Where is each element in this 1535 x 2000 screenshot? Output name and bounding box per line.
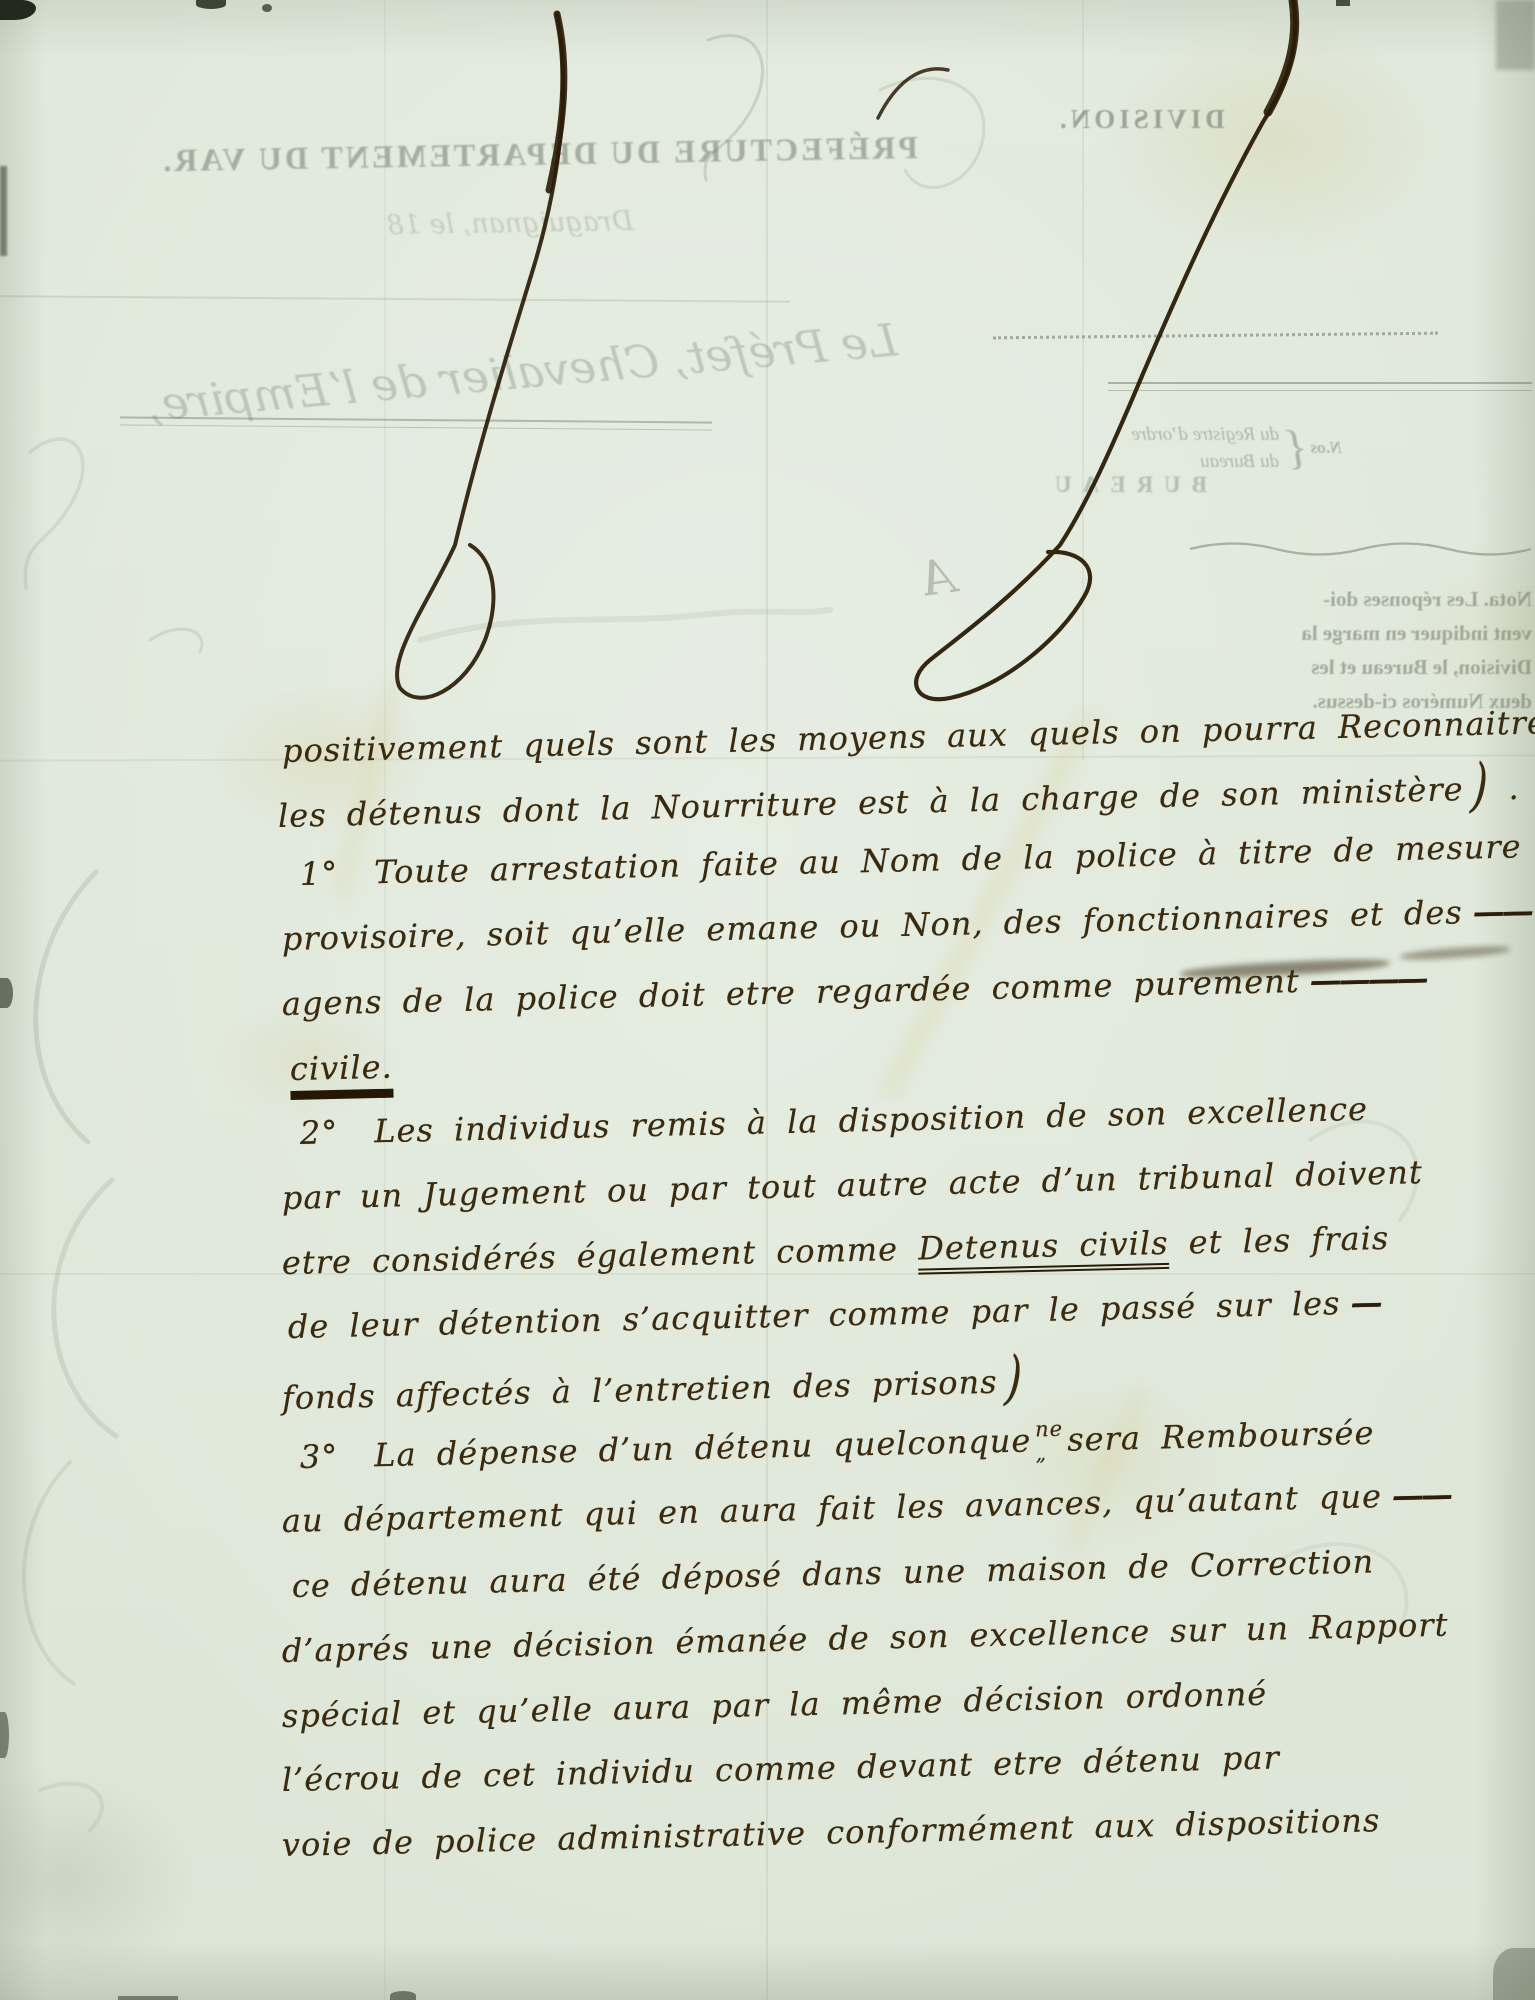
- scan-artifact: [0, 166, 7, 256]
- manuscript-segment-num: 1°: [299, 855, 338, 894]
- registre-line1: du Registre d’ordre: [1131, 424, 1279, 445]
- manuscript-segment: Les individus remis à la disposition de …: [374, 1090, 1369, 1151]
- manuscript-line: agens de la police doit etre regardée co…: [281, 959, 1426, 1031]
- manuscript-segment: au département qui en aura fait les avan…: [281, 1477, 1382, 1540]
- manuscript-segment-ins: ne: [1035, 1416, 1063, 1441]
- scan-artifact: [196, 0, 226, 9]
- paper-crease: [0, 295, 790, 303]
- scan-artifact: [0, 0, 36, 20]
- scan-artifact: [0, 1712, 9, 1758]
- manuscript-segment: fonds affectés à l’entretien des prisons: [282, 1363, 998, 1417]
- manuscript-segment: .: [1488, 769, 1520, 808]
- manuscript-segment-swash: ————: [1309, 959, 1426, 1000]
- manuscript-page: PRÉFECTURE DU DÉPARTEMENT DU VAR. DIVISI…: [0, 0, 1535, 2000]
- manuscript-line: 3°La dépense d’un détenu quelconqueneser…: [299, 1413, 1375, 1483]
- manuscript-line: d’aprés une décision émanée de son excel…: [281, 1605, 1449, 1677]
- manuscript-segment: l’écrou de cet individu comme devant etr…: [281, 1739, 1280, 1800]
- prefect-title-ghost-text: Le Préfet, Chevalier de l’Empire,: [99, 309, 945, 435]
- manuscript-segment-close: ): [1003, 1344, 1024, 1416]
- scan-artifact: [1493, 1948, 1535, 2000]
- manuscript-line: l’écrou de cet individu comme devant etr…: [281, 1739, 1280, 1808]
- manuscript-segment: etre considérés également comme: [281, 1229, 918, 1281]
- nota-line: vent indiquer en marge la: [1182, 616, 1532, 650]
- manuscript-line: au département qui en aura fait les avan…: [281, 1476, 1450, 1548]
- prefecture-ghost-text: PRÉFECTURE DU DÉPARTEMENT DU VAR.: [118, 129, 919, 180]
- manuscript-segment-swash: ——: [1391, 1476, 1450, 1515]
- manuscript-segment: voie de police administrative conforméme…: [281, 1801, 1380, 1864]
- manuscript-segment: sera Remboursée: [1067, 1413, 1375, 1458]
- manuscript-line: par un Jugement ou par tout autre acte d…: [281, 1153, 1423, 1225]
- manuscript-segment: de leur détention s’acquitter comme par …: [287, 1284, 1340, 1346]
- manuscript-segment-swash: ——: [1472, 892, 1531, 931]
- manuscript-line: de leur détention s’acquitter comme par …: [287, 1284, 1380, 1355]
- manuscript-segment: et les frais: [1168, 1218, 1390, 1261]
- manuscript-segment: provisoire, soit qu’elle emane ou Non, d…: [281, 893, 1463, 958]
- manuscript-line: etre considérés également comme Detenus …: [281, 1218, 1389, 1289]
- registre-ghost-block: N.os { du Registre d’ordre du Bureau: [1032, 420, 1342, 475]
- manuscript-line: positivement quels sont les moyens aux q…: [281, 697, 1535, 772]
- registre-lines: du Registre d’ordre du Bureau: [1131, 421, 1279, 475]
- dotted-rule-ghost: [993, 332, 1438, 340]
- manuscript-segment: ce détenu aura été déposé dans une maiso…: [291, 1543, 1374, 1606]
- scan-artifact: [390, 1991, 416, 2000]
- nota-line: Nota. Les réponses doi-: [1182, 582, 1532, 616]
- nota-line: Division, le Bureau et les: [1182, 650, 1532, 684]
- scan-artifact: [1336, 0, 1350, 6]
- manuscript-segment-uh: civile.: [289, 1047, 393, 1099]
- small-tick-stroke: [878, 69, 948, 118]
- manuscript-segment-num: 3°: [299, 1437, 338, 1476]
- manuscript-segment: spécial et qu’elle aura par la même déci…: [281, 1674, 1267, 1734]
- manuscript-segment-u: Detenus civils: [918, 1223, 1169, 1274]
- manuscript-segment-swash: —: [1350, 1284, 1380, 1323]
- double-rule-ghost: [1108, 382, 1532, 391]
- registre-nos-label: N.os: [1310, 438, 1342, 458]
- manuscript-segment: La dépense d’un détenu quelconque: [374, 1421, 1032, 1474]
- scan-artifact: [118, 1996, 178, 2000]
- manuscript-line: fonds affectés à l’entretien des prisons…: [281, 1356, 1022, 1419]
- manuscript-segment: d’aprés une décision émanée de son excel…: [281, 1605, 1448, 1669]
- date-line-ghost-text: Draguignan, le 18: [250, 203, 770, 243]
- registre-brace: {: [1285, 420, 1304, 475]
- manuscript-segment-num: 2°: [299, 1113, 338, 1152]
- bureau-ghost-text: BUREAU: [1044, 472, 1207, 498]
- address-initial-ghost: A: [916, 548, 958, 608]
- manuscript-line: 2°Les individus remis à la disposition d…: [299, 1090, 1368, 1160]
- scan-artifact: [1496, 0, 1535, 70]
- manuscript-segment: positivement quels sont les moyens aux q…: [282, 703, 1535, 770]
- registre-line2: du Bureau: [1200, 451, 1279, 472]
- manuscript-line: ce détenu aura été déposé dans une maiso…: [291, 1543, 1374, 1614]
- scan-artifact: [0, 978, 13, 1008]
- scan-artifact: [262, 4, 272, 12]
- manuscript-segment: Toute arrestation faite au Nom de la pol…: [374, 828, 1522, 892]
- division-ghost-text: DIVISION.: [1056, 104, 1225, 135]
- manuscript-line: voie de police administrative conforméme…: [281, 1801, 1380, 1872]
- manuscript-segment: par un Jugement ou par tout autre acte d…: [281, 1153, 1423, 1217]
- manuscript-segment-close: ): [1469, 751, 1490, 823]
- manuscript-segment: les détenus dont la Nourriture est à la …: [278, 770, 1464, 835]
- manuscript-line: les détenus dont la Nourriture est à la …: [277, 763, 1519, 837]
- manuscript-line: 1°Toute arrestation faite au Nom de la p…: [299, 828, 1522, 902]
- manuscript-line: provisoire, soit qu’elle emane ou Non, d…: [281, 892, 1531, 966]
- manuscript-segment: agens de la police doit etre regardée co…: [281, 962, 1300, 1023]
- manuscript-line: civile.: [289, 1047, 393, 1095]
- nota-block: Nota. Les réponses doi-vent indiquer en …: [1182, 582, 1532, 718]
- wavy-rule-ghost: [1188, 540, 1533, 556]
- manuscript-line: spécial et qu’elle aura par la même déci…: [281, 1674, 1267, 1742]
